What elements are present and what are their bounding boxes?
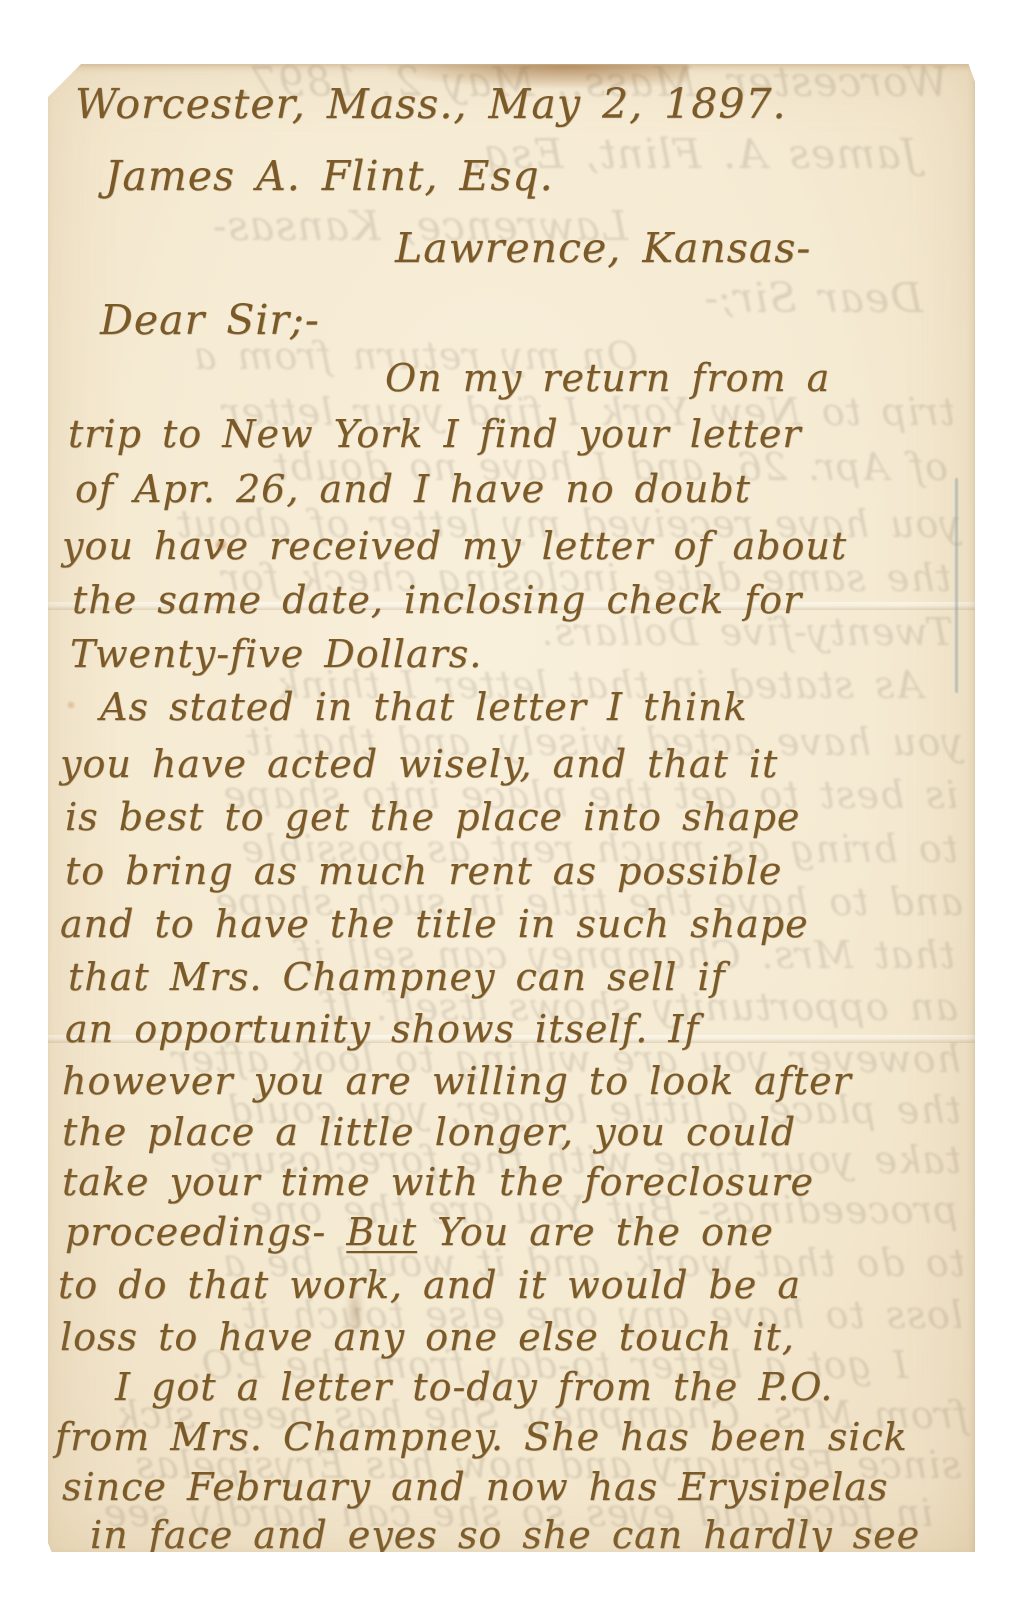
letter-line: you have acted wisely, and that it — [60, 742, 778, 788]
letter-line: I got a letter to-day from the P.O. — [115, 1365, 833, 1411]
underlined-word: But — [346, 1210, 417, 1254]
letter-line: from Mrs. Champney. She has been sick — [55, 1415, 908, 1461]
letter-line: the same date, inclosing check for — [72, 578, 802, 624]
letter-line: proceedings- But You are the one — [65, 1210, 774, 1256]
letter-line: since February and now has Erysipelas — [62, 1465, 888, 1511]
letter-line: As stated in that letter I think — [100, 685, 747, 731]
letter-line: is best to get the place into shape — [65, 795, 800, 841]
recipient-name: James A. Flint, Esq. — [105, 152, 554, 201]
letter-line: take your time with the foreclosure — [62, 1160, 814, 1206]
letter-line: to bring as much rent as possible — [65, 849, 782, 895]
letter-line: and to have the title in such shape — [60, 902, 809, 948]
handwriting-layer: Worcester, Mass., May 2, 1897.James A. F… — [48, 64, 975, 1552]
dateline: Worcester, Mass., May 2, 1897. — [75, 80, 787, 129]
letter-line: loss to have any one else touch it, — [60, 1315, 795, 1361]
letter-line: the place a little longer, you could — [62, 1110, 796, 1156]
letter-line: Twenty-five Dollars. — [70, 632, 482, 678]
recipient-address: Lawrence, Kansas- — [395, 224, 811, 273]
letter-line: however you are willing to look after — [62, 1059, 852, 1105]
letter-line: On my return from a — [385, 356, 830, 402]
salutation: Dear Sir;- — [100, 296, 320, 345]
letter-line: an opportunity shows itself. If — [65, 1007, 699, 1053]
letter-line: in face and eyes so she can hardly see — [90, 1513, 920, 1559]
letter-line: trip to New York I find your letter — [68, 412, 802, 458]
letter-line: to do that work, and it would be a — [58, 1263, 801, 1309]
letter-page: Worcester, Mass., May 2, 1897.James A. F… — [48, 64, 975, 1552]
letter-line: that Mrs. Champney can sell if — [68, 955, 726, 1001]
scan-background: Worcester, Mass., May 2, 1897.James A. F… — [0, 0, 1033, 1600]
letter-line: you have received my letter of about — [62, 524, 847, 570]
letter-line: of Apr. 26, and I have no doubt — [75, 467, 751, 513]
